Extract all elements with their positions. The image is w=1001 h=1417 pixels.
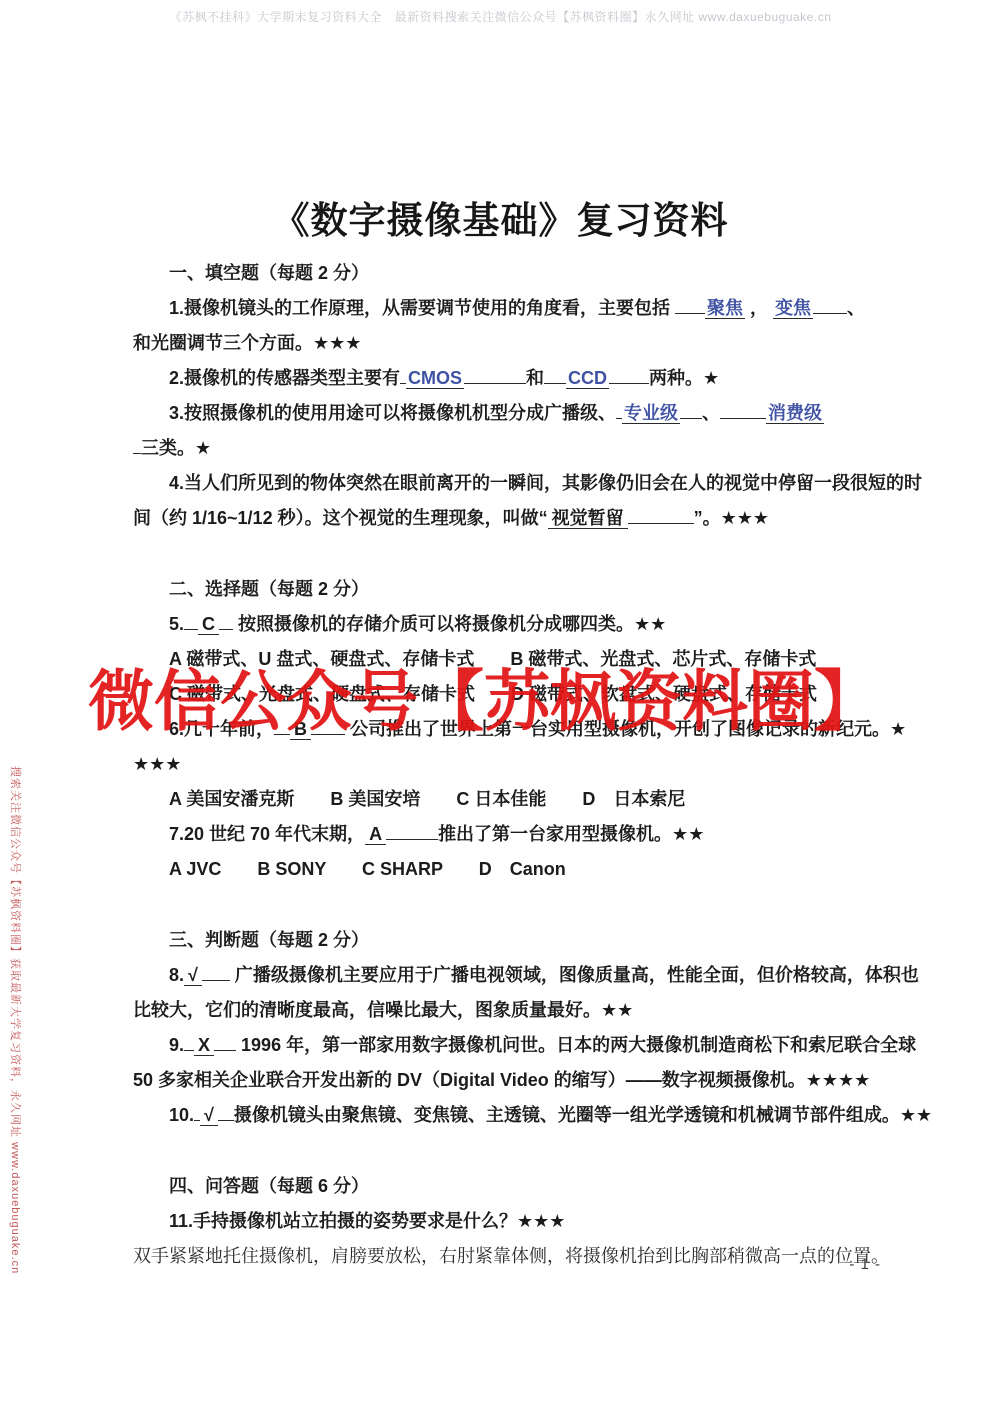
section-heading: 二、选择题（每题 2 分） [133,572,875,607]
text-run: 摄像机镜头由聚焦镜、变焦镜、主透镜、光圈等一组光学透镜和机械调节部件组成。★★ [234,1105,932,1125]
answer-blank [720,399,766,419]
answer-underlined: X [194,1035,214,1056]
text-run: 1.摄像机镜头的工作原理，从需要调节使用的角度看，主要包括 [169,298,675,318]
text-run: 8. [169,965,184,985]
doc-line: 和光圈调节三个方面。★★★ [133,326,875,361]
section-heading: 四、问答题（每题 6 分） [133,1169,875,1204]
answer-blue: 变焦 [773,298,813,319]
answer-blank [675,294,705,314]
doc-line: 双手紧紧地托住摄像机，肩膀要放松，右肘紧靠体侧，将摄像机抬到比胸部稍微高一点的位… [133,1239,875,1274]
doc-line: 4.当人们所见到的物体突然在眼前离开的一瞬间，其影像仍旧会在人的视觉中停留一段很… [133,466,875,501]
answer-blue: CMOS [406,368,464,389]
text-run: 一、填空题（每题 2 分） [169,263,369,283]
answer-blank [628,504,694,524]
doc-line: 5.C 按照摄像机的存储介质可以将摄像机分成哪四类。★★ [133,607,875,642]
answer-underlined: 视觉暂留 [548,508,628,529]
answer-blank [680,399,702,419]
answer-underlined: √ [184,965,202,986]
doc-line: 9.X 1996 年，第一部家用数字摄像机问世。日本的两大摄像机制造商松下和索尼… [133,1028,875,1063]
section-heading: 一、填空题（每题 2 分） [133,256,875,291]
text-run: A JVC B SONY C SHARP D Canon [169,859,566,879]
text-run: 两种。★ [649,368,719,388]
answer-underlined: A [365,824,386,845]
doc-line: 7.20 世纪 70 年代末期，A推出了第一台家用型摄像机。★★ [133,817,875,852]
answer-blank [218,1101,234,1121]
answer-blank [813,294,847,314]
page-number: - 1 - [849,1256,881,1273]
text-run: 四、问答题（每题 6 分） [169,1176,369,1196]
doc-line: 间（约 1/16~1/12 秒）。这个视觉的生理现象，叫做“视觉暂留”。★★★ [133,501,875,536]
answer-blank [544,364,566,384]
doc-line: 3.按照摄像机的使用用途可以将摄像机机型分成广播级、专业级、消费级 [133,396,875,431]
text-run: 推出了第一台家用型摄像机。★★ [438,824,704,844]
text-run: ， [745,298,773,318]
text-run: 1996 年，第一部家用数字摄像机问世。日本的两大摄像机制造商松下和索尼联合全球 [236,1035,916,1055]
side-vertical-note: 搜索关注微信公众号【苏枫资料圈】获取最新大学复习资料，永久网址 www.daxu… [8,766,24,1274]
text-run: 11.手持摄像机站立拍摄的姿势要求是什么？★★★ [169,1211,565,1231]
text-run: 三类。★ [141,438,211,458]
doc-line: 50 多家相关企业联合开发出新的 DV（Digital Video 的缩写）——… [133,1063,875,1098]
doc-line: 比较大，它们的清晰度最高，信噪比最大，图象质量最好。★★ [133,993,875,1028]
text-run: A 美国安潘克斯 B 美国安培 C 日本佳能 D 日本索尼 [169,789,685,809]
scanned-document-page: { "page": { "header": "《苏枫不挂科》大学期末复习资料大全… [0,0,1001,1417]
doc-line: 2.摄像机的传感器类型主要有CMOS和CCD两种。★ [133,361,875,396]
red-watermark: 微信公众号【苏枫资料圈】 [88,648,880,743]
answer-blue: 消费级 [766,403,824,424]
doc-line: 10.√摄像机镜头由聚焦镜、变焦镜、主透镜、光圈等一组光学透镜和机械调节部件组成… [133,1098,875,1133]
doc-spacer [133,887,875,923]
text-run: 、 [847,298,865,318]
answer-blank [464,364,526,384]
text-run: 5. [169,614,184,634]
text-run: 、 [702,403,720,423]
answer-underlined: C [198,614,219,635]
text-run: 比较大，它们的清晰度最高，信噪比最大，图象质量最好。★★ [133,1000,633,1020]
page-title: 《数字摄像基础》复习资料 [0,190,1001,244]
doc-line: 三类。★ [133,431,875,466]
doc-spacer [133,536,875,572]
text-run: 10. [169,1105,194,1125]
section-heading: 三、判断题（每题 2 分） [133,923,875,958]
text-run: 按照摄像机的存储介质可以将摄像机分成哪四类。★★ [233,614,666,634]
text-run: 广播级摄像机主要应用于广播电视领域，图像质量高，性能全面，但价格较高，体积也 [230,965,919,985]
answer-blue: 专业级 [622,403,680,424]
text-run: 双手紧紧地托住摄像机，肩膀要放松，右肘紧靠体侧，将摄像机抬到比胸部稍微高一点的位… [133,1246,889,1266]
document-body: 一、填空题（每题 2 分）1.摄像机镜头的工作原理，从需要调节使用的角度看，主要… [133,256,875,1274]
text-run: 2.摄像机的传感器类型主要有 [169,368,400,388]
text-run: 3.按照摄像机的使用用途可以将摄像机机型分成广播级、 [169,403,616,423]
text-run: 50 多家相关企业联合开发出新的 DV（Digital Video 的缩写）——… [133,1070,870,1090]
answer-underlined: √ [200,1105,218,1126]
answer-blank [184,610,198,630]
doc-spacer [133,1133,875,1169]
answer-blank [219,610,233,630]
doc-line: 8.√ 广播级摄像机主要应用于广播电视领域，图像质量高，性能全面，但价格较高，体… [133,958,875,993]
text-run: 三、判断题（每题 2 分） [169,930,369,950]
text-run: 二、选择题（每题 2 分） [169,579,369,599]
answer-blue: 聚焦 [705,298,745,319]
answer-blank [609,364,649,384]
text-run: ”。★★★ [694,508,769,528]
text-run: ★★★ [133,754,181,774]
answer-blank [214,1031,236,1051]
text-run: 4.当人们所见到的物体突然在眼前离开的一瞬间，其影像仍旧会在人的视觉中停留一段很… [169,473,922,493]
doc-line: 11.手持摄像机站立拍摄的姿势要求是什么？★★★ [133,1204,875,1239]
answer-blank [202,961,230,981]
page-header-note: 《苏枫不挂科》大学期末复习资料大全 最新资料搜索关注微信公众号【苏枫资料圈】永久… [0,8,1001,25]
doc-line: A JVC B SONY C SHARP D Canon [133,852,875,887]
text-run: 和 [526,368,544,388]
text-run: 间（约 1/16~1/12 秒）。这个视觉的生理现象，叫做“ [133,508,548,528]
doc-line: ★★★ [133,747,875,782]
text-run: 9. [169,1035,184,1055]
doc-line: 1.摄像机镜头的工作原理，从需要调节使用的角度看，主要包括 聚焦 ， 变焦、 [133,291,875,326]
answer-blank [184,1031,194,1051]
text-run: 7.20 世纪 70 年代末期， [169,824,365,844]
answer-blank [133,434,141,454]
doc-line: A 美国安潘克斯 B 美国安培 C 日本佳能 D 日本索尼 [133,782,875,817]
text-run: 和光圈调节三个方面。★★★ [133,333,361,353]
answer-blank [386,820,438,840]
answer-blue: CCD [566,368,609,389]
